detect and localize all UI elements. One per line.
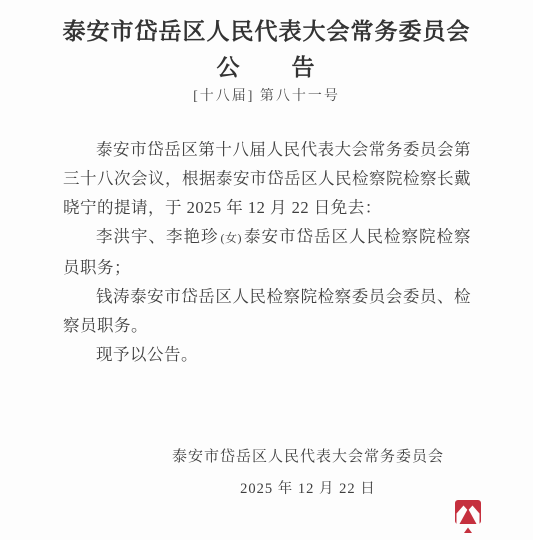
signature-org: 泰安市岱岳区人民代表大会常务委员会 xyxy=(172,447,444,467)
signature-inner: 泰安市岱岳区人民代表大会常务委员会 2025 年 12 月 22 日 xyxy=(172,447,444,498)
paragraph-closing: 现予以公告。 xyxy=(63,340,471,369)
logo-small-triangle xyxy=(464,528,472,534)
signature-block: 泰安市岱岳区人民代表大会常务委员会 2025 年 12 月 22 日 xyxy=(0,447,533,498)
red-mountain-logo-icon xyxy=(455,500,481,533)
signature-date: 2025 年 12 月 22 日 xyxy=(172,480,444,498)
document-number: [十八届] 第八十一号 xyxy=(0,89,533,105)
gender-note: (女) xyxy=(219,231,244,245)
announcement-document: 泰安市岱岳区人民代表大会常务委员会 公 告 [十八届] 第八十一号 泰安市岱岳区… xyxy=(0,0,533,540)
paragraph-dismissal-prosecutors: 李洪宇、李艳珍(女)泰安市岱岳区人民检察院检察员职务； xyxy=(63,222,471,282)
issuing-org-title: 泰安市岱岳区人民代表大会常务委员会 xyxy=(0,18,533,46)
paragraph-dismissal-committee-member: 钱涛泰安市岱岳区人民检察院检察委员会委员、检察员职务。 xyxy=(63,282,471,340)
dismissed-names: 李洪宇、李艳珍 xyxy=(96,227,219,246)
document-header: 泰安市岱岳区人民代表大会常务委员会 公 告 [十八届] 第八十一号 xyxy=(0,0,533,105)
document-body: 泰安市岱岳区第十八届人民代表大会常务委员会第三十八次会议，根据泰安市岱岳区人民检… xyxy=(63,135,471,369)
paragraph-session-decision: 泰安市岱岳区第十八届人民代表大会常务委员会第三十八次会议，根据泰安市岱岳区人民检… xyxy=(63,135,471,222)
announcement-heading: 公 告 xyxy=(0,54,533,82)
